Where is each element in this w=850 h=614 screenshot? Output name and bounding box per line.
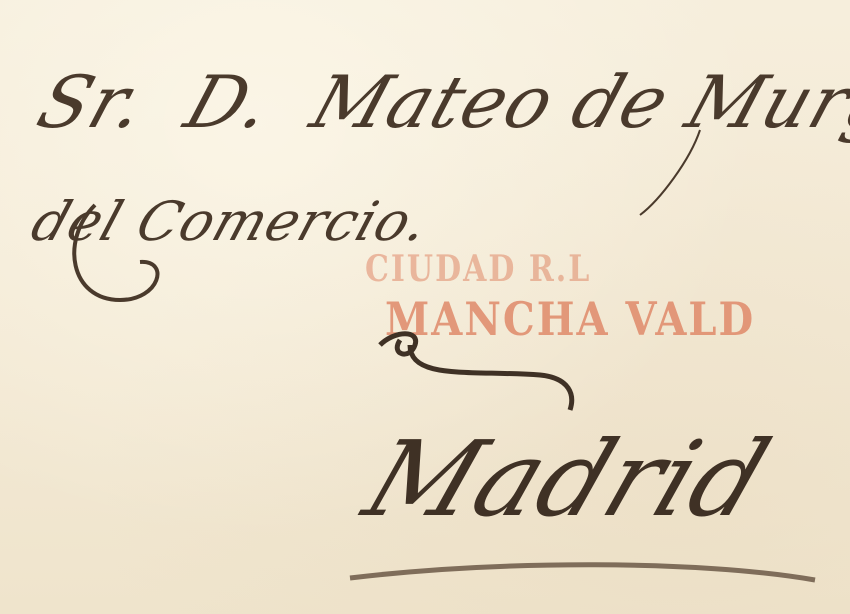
de-flourish	[380, 334, 572, 410]
murga-descender	[640, 130, 700, 215]
comercio-flourish	[74, 205, 157, 300]
underline-stroke	[350, 565, 815, 580]
address-city: Madrid	[350, 418, 785, 540]
